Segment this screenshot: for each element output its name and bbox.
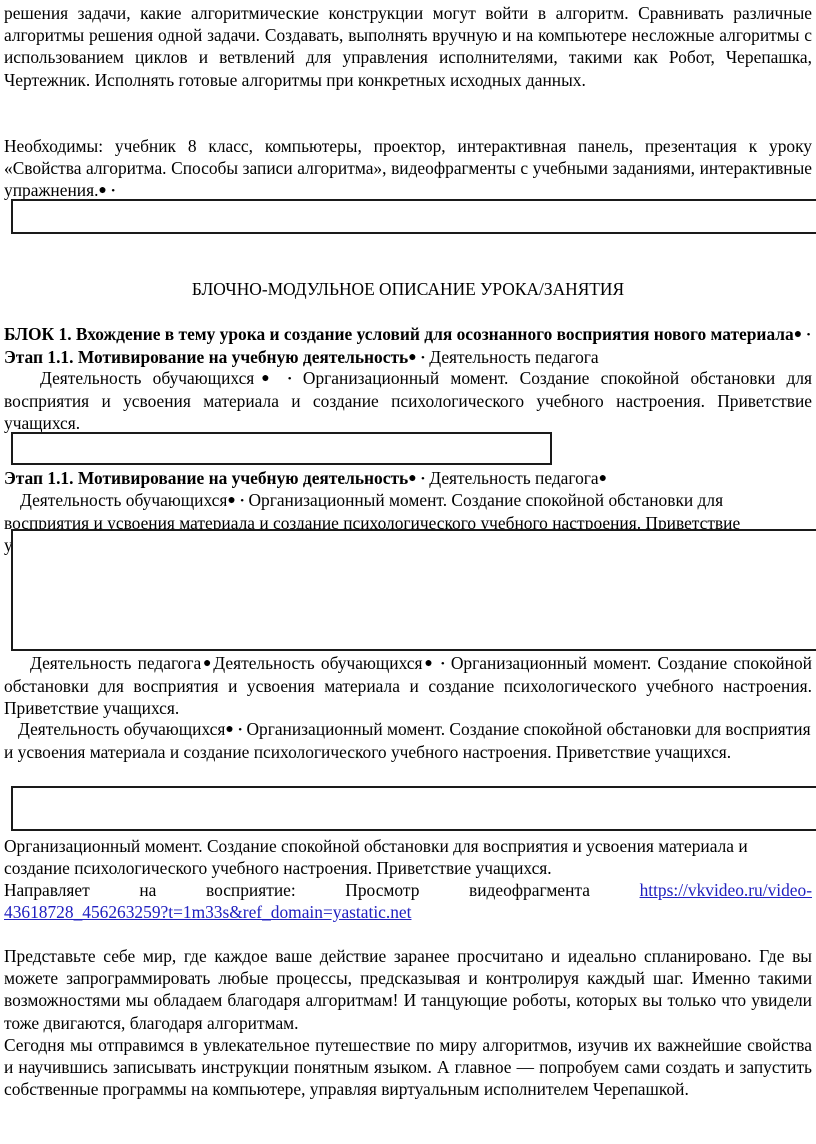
bullet-large-icon: ● bbox=[408, 350, 416, 365]
stage11-heading: Этап 1.1. Мотивирование на учебную деяте… bbox=[4, 468, 408, 488]
bullet-small-icon: • bbox=[238, 724, 242, 736]
students-activity-label: Деятельность обучающихся bbox=[213, 653, 422, 673]
imagine-paragraph: Представьте себе мир, где каждое ваше де… bbox=[4, 945, 812, 1034]
materials-paragraph: Необходимы: учебник 8 класс, компьютеры,… bbox=[4, 135, 812, 203]
empty-frame-4 bbox=[11, 786, 816, 831]
bullet-small-icon: • bbox=[111, 185, 115, 197]
block1-heading: БЛОК 1. Вхождение в тему урока и создани… bbox=[4, 324, 794, 344]
intro-paragraph: решения задачи, какие алгоритмические ко… bbox=[4, 2, 812, 91]
bullet-large-icon: ● bbox=[254, 371, 276, 386]
video-link-part2[interactable]: 43618728_456263259?t=1m33s&ref_domain=ya… bbox=[4, 902, 411, 922]
bullet-large-icon: ● bbox=[227, 493, 235, 508]
block1-continuation: Деятельность обучающихся● • Организацион… bbox=[4, 367, 812, 435]
students-activity-label: Деятельность обучающихся bbox=[20, 490, 227, 510]
video-link-part1[interactable]: https://vkvideo.ru/video- bbox=[640, 880, 812, 900]
students-activity-label: Деятельность обучающихся bbox=[40, 368, 254, 388]
video-line: Направляет на восприятие: Просмотр видео… bbox=[4, 879, 812, 901]
org-paragraph: Организационный момент. Создание спокойн… bbox=[4, 835, 812, 879]
teacher-activity-label: Деятельность педагога bbox=[429, 347, 598, 367]
empty-frame-1 bbox=[11, 199, 816, 234]
bullet-large-icon: ● bbox=[599, 471, 607, 486]
bullet-small-icon: • bbox=[240, 495, 244, 507]
materials-text: Необходимы: учебник 8 класс, компьютеры,… bbox=[4, 136, 812, 200]
bullet-small-icon: • bbox=[288, 373, 292, 385]
bullet-small-icon: • bbox=[807, 329, 811, 341]
bullet-large-icon: ● bbox=[98, 183, 106, 198]
teacher-block-paragraph: Деятельность педагога●Деятельность обуча… bbox=[4, 652, 812, 720]
students-block-paragraph: Деятельность обучающихся● • Организацион… bbox=[4, 718, 812, 763]
bullet-large-icon: ● bbox=[225, 722, 233, 737]
video-label: Направляет на восприятие: Просмотр видео… bbox=[4, 880, 590, 900]
stage11-line1: Этап 1.1. Мотивирование на учебную деяте… bbox=[4, 467, 812, 490]
bullet-small-icon: • bbox=[441, 658, 445, 670]
section-title: БЛОЧНО-МОДУЛЬНОЕ ОПИСАНИЕ УРОКА/ЗАНЯТИЯ bbox=[4, 278, 812, 300]
video-link-line2: 43618728_456263259?t=1m33s&ref_domain=ya… bbox=[4, 901, 812, 923]
students-activity-label: Деятельность обучающихся bbox=[18, 719, 225, 739]
bullet-large-icon: ● bbox=[794, 327, 802, 342]
teacher-activity-label: Деятельность педагога bbox=[30, 653, 201, 673]
empty-frame-3 bbox=[11, 529, 816, 651]
bullet-small-icon: • bbox=[421, 352, 425, 364]
bullet-small-icon: • bbox=[421, 473, 425, 485]
bullet-large-icon: ● bbox=[201, 656, 213, 671]
bullet-large-icon: ● bbox=[408, 471, 416, 486]
bullet-large-icon: ● bbox=[423, 656, 435, 671]
block1-paragraph: БЛОК 1. Вхождение в тему урока и создани… bbox=[4, 323, 812, 369]
today-paragraph: Сегодня мы отправимся в увлекательное пу… bbox=[4, 1034, 812, 1101]
empty-frame-2 bbox=[11, 432, 552, 465]
teacher-activity-label: Деятельность педагога bbox=[429, 468, 598, 488]
stage-heading: Этап 1.1. Мотивирование на учебную деяте… bbox=[4, 347, 408, 367]
